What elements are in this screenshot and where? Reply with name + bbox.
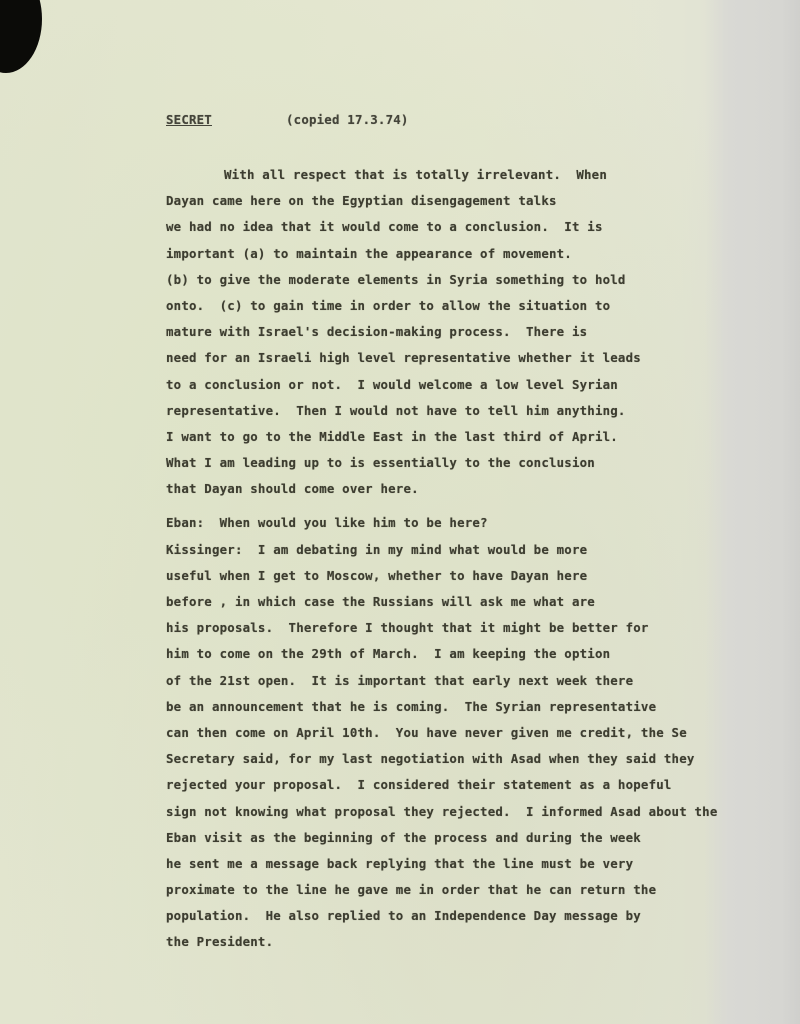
text-line: important (a) to maintain the appearance… [166, 241, 766, 267]
text-line: can then come on April 10th. You have ne… [166, 720, 766, 746]
hole-punch-mark [0, 0, 42, 73]
text-line: we had no idea that it would come to a c… [166, 214, 766, 240]
text-line: before , in which case the Russians will… [166, 589, 766, 615]
text-line: mature with Israel's decision-making pro… [166, 319, 766, 345]
speaker-line-eban: Eban: When would you like him to be here… [166, 510, 766, 536]
document-page: SECRET (copied 17.3.74) With all respect… [0, 0, 800, 1024]
text-line: he sent me a message back replying that … [166, 851, 766, 877]
text-line: sign not knowing what proposal they reje… [166, 799, 766, 825]
text-line: him to come on the 29th of March. I am k… [166, 641, 766, 667]
text-line: proximate to the line he gave me in orde… [166, 877, 766, 903]
classification-marking: SECRET [166, 112, 286, 127]
paragraph-1: With all respect that is totally irrelev… [166, 162, 766, 502]
text-line: to a conclusion or not. I would welcome … [166, 372, 766, 398]
text-line: need for an Israeli high level represent… [166, 345, 766, 371]
text-line: onto. (c) to gain time in order to allow… [166, 293, 766, 319]
text-line: (b) to give the moderate elements in Syr… [166, 267, 766, 293]
text-line: Eban visit as the beginning of the proce… [166, 825, 766, 851]
text-line: What I am leading up to is essentially t… [166, 450, 766, 476]
document-body: SECRET (copied 17.3.74) With all respect… [166, 112, 766, 956]
text-line: that Dayan should come over here. [166, 476, 766, 502]
paragraph-2: Eban: When would you like him to be here… [166, 510, 766, 955]
text-line: Secretary said, for my last negotiation … [166, 746, 766, 772]
text-line: population. He also replied to an Indepe… [166, 903, 766, 929]
copied-date-note: (copied 17.3.74) [286, 112, 409, 127]
text-line: rejected your proposal. I considered the… [166, 772, 766, 798]
text-line: With all respect that is totally irrelev… [166, 162, 766, 188]
paragraph-spacer [166, 502, 766, 510]
text-line: representative. Then I would not have to… [166, 398, 766, 424]
text-line: of the 21st open. It is important that e… [166, 668, 766, 694]
text-line: useful when I get to Moscow, whether to … [166, 563, 766, 589]
speaker-line-kissinger: Kissinger: I am debating in my mind what… [166, 537, 766, 563]
text-line: I want to go to the Middle East in the l… [166, 424, 766, 450]
text-line: his proposals. Therefore I thought that … [166, 615, 766, 641]
document-header: SECRET (copied 17.3.74) [166, 112, 766, 132]
text-line: be an announcement that he is coming. Th… [166, 694, 766, 720]
text-line: the President. [166, 929, 766, 955]
text-line: Dayan came here on the Egyptian disengag… [166, 188, 766, 214]
